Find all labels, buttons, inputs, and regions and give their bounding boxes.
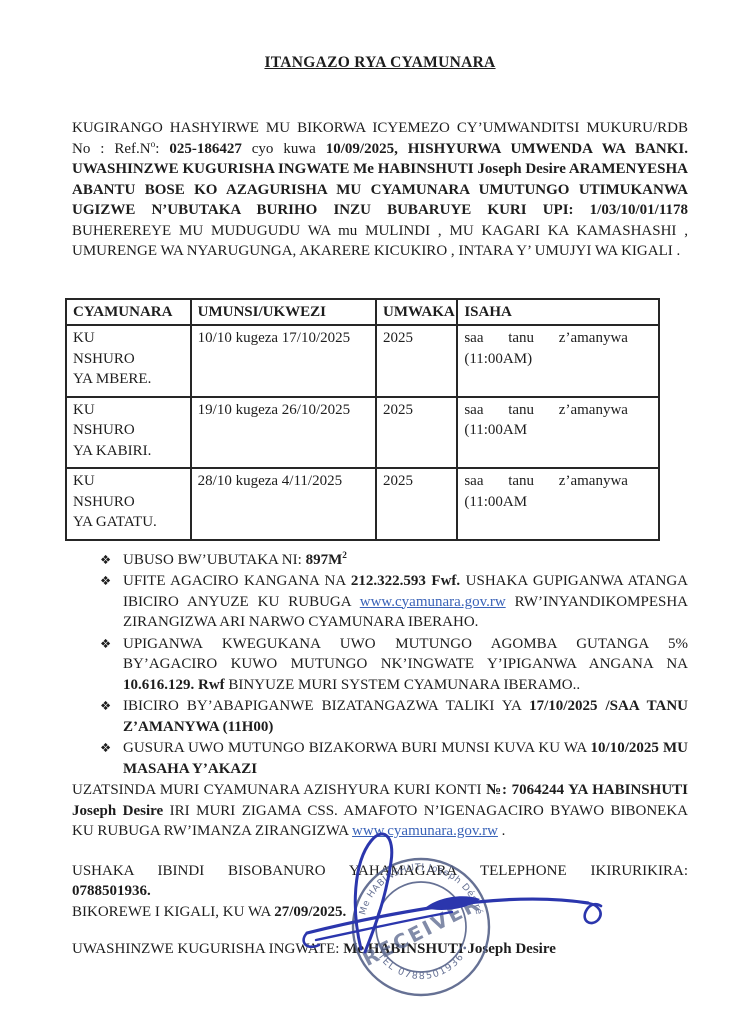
list-item-text: GUSURA UWO MUTUNGO BIZAKORWA BURI MUNSI … bbox=[123, 738, 688, 779]
list-item: ❖ GUSURA UWO MUTUNGO BIZAKORWA BURI MUNS… bbox=[100, 738, 688, 779]
text-segment: 897M bbox=[306, 552, 343, 568]
diamond-bullet-icon: ❖ bbox=[100, 634, 114, 696]
text-segment: Me HABINSHUTI Joseph Desire bbox=[343, 941, 556, 957]
conditions-list: ❖ UBUSO BW’UBUTAKA NI: 897M2 ❖ UFITE AGA… bbox=[100, 550, 688, 780]
time-line1: saa tanu z’amanywa bbox=[464, 471, 652, 492]
column-header-isaha: ISAHA bbox=[457, 299, 659, 326]
text-segment: GUSURA UWO MUTUNGO BIZAKORWA BURI MUNSI … bbox=[123, 740, 591, 756]
text-segment: BIKOREWE I KIGALI, KU WA bbox=[72, 904, 274, 920]
round-line1: KU NSHURO bbox=[73, 400, 184, 441]
contact-block: USHAKA IBINDI BISOBANURO YAHAMAGARA TELE… bbox=[72, 861, 688, 923]
text-segment: UFITE AGACIRO KANGANA NA bbox=[123, 573, 351, 589]
time-cell: saa tanu z’amanywa (11:00AM) bbox=[457, 325, 659, 397]
text-segment: 27/09/2025. bbox=[274, 904, 346, 920]
time-line1: saa tanu z’amanywa bbox=[464, 328, 652, 349]
round-line2: YA KABIRI. bbox=[73, 441, 184, 462]
cyamunara-link[interactable]: www.cyamunara.gov.rw bbox=[360, 594, 506, 610]
round-cell: KU NSHURO YA GATATU. bbox=[66, 468, 191, 540]
diamond-bullet-icon: ❖ bbox=[100, 738, 114, 779]
time-cell: saa tanu z’amanywa (11:00AM bbox=[457, 397, 659, 469]
text-segment: 10.616.129. Rwf bbox=[123, 677, 225, 693]
list-item: ❖ UBUSO BW’UBUTAKA NI: 897M2 bbox=[100, 550, 688, 571]
document-content: ITANGAZO RYA CYAMUNARA KUGIRANGO HASHYIR… bbox=[72, 54, 688, 960]
intro-paragraph: KUGIRANGO HASHYIRWE MU BIKORWA ICYEMEZO … bbox=[72, 118, 688, 262]
column-header-umunsi: UMUNSI/UKWEZI bbox=[191, 299, 376, 326]
text-segment: cyo kuwa bbox=[242, 141, 326, 157]
text-segment: . bbox=[498, 823, 506, 839]
text-segment: UPIGANWA KWEGUKANA UWO MUTUNGO AGOMBA GU… bbox=[123, 636, 688, 673]
text-segment: IBICIRO BY’ABAPIGANWE BIZATANGAZWA TALIK… bbox=[123, 698, 529, 714]
document-title: ITANGAZO RYA CYAMUNARA bbox=[72, 54, 688, 72]
payment-paragraph: UZATSINDA MURI CYAMUNARA AZISHYURA KURI … bbox=[72, 780, 688, 842]
table-row: KU NSHURO YA GATATU. 28/10 kugeza 4/11/2… bbox=[66, 468, 659, 540]
made-at-line: BIKOREWE I KIGALI, KU WA 27/09/2025. bbox=[72, 902, 688, 923]
phone-number: 0788501936. bbox=[72, 881, 688, 902]
text-segment: 025-186427 bbox=[169, 141, 242, 157]
time-cell: saa tanu z’amanywa (11:00AM bbox=[457, 468, 659, 540]
time-line1: saa tanu z’amanywa bbox=[464, 400, 652, 421]
cyamunara-link[interactable]: www.cyamunara.gov.rw bbox=[352, 823, 498, 839]
year-cell: 2025 bbox=[376, 325, 457, 397]
text-segment: BUHEREREYE MU MUDUGUDU WA mu MULINDI , M… bbox=[72, 223, 688, 260]
list-item-text: UFITE AGACIRO KANGANA NA 212.322.593 Fwf… bbox=[123, 571, 688, 633]
table-header-row: CYAMUNARA UMUNSI/UKWEZI UMWAKA ISAHA bbox=[66, 299, 659, 326]
text-segment: UWASHINZWE KUGURISHA INGWATE: bbox=[72, 941, 343, 957]
time-line2: (11:00AM bbox=[464, 420, 652, 441]
auction-schedule-table: CYAMUNARA UMUNSI/UKWEZI UMWAKA ISAHA KU … bbox=[65, 298, 660, 541]
round-line1: KU NSHURO bbox=[73, 471, 184, 512]
dates-cell: 10/10 kugeza 17/10/2025 bbox=[191, 325, 376, 397]
list-item-text: UBUSO BW’UBUTAKA NI: 897M2 bbox=[123, 550, 688, 571]
round-line2: YA GATATU. bbox=[73, 512, 184, 533]
list-item-text: IBICIRO BY’ABAPIGANWE BIZATANGAZWA TALIK… bbox=[123, 696, 688, 737]
text-segment: : bbox=[155, 141, 169, 157]
text-segment: UZATSINDA MURI CYAMUNARA AZISHYURA KURI … bbox=[72, 782, 486, 798]
list-item: ❖ IBICIRO BY’ABAPIGANWE BIZATANGAZWA TAL… bbox=[100, 696, 688, 737]
list-item: ❖ UPIGANWA KWEGUKANA UWO MUTUNGO AGOMBA … bbox=[100, 634, 688, 696]
diamond-bullet-icon: ❖ bbox=[100, 696, 114, 737]
dates-cell: 28/10 kugeza 4/11/2025 bbox=[191, 468, 376, 540]
year-cell: 2025 bbox=[376, 397, 457, 469]
table-row: KU NSHURO YA KABIRI. 19/10 kugeza 26/10/… bbox=[66, 397, 659, 469]
round-line2: YA MBERE. bbox=[73, 369, 184, 390]
diamond-bullet-icon: ❖ bbox=[100, 550, 114, 571]
text-segment: BINYUZE MURI SYSTEM CYAMUNARA IBERAMO.. bbox=[225, 677, 580, 693]
column-header-umwaka: UMWAKA bbox=[376, 299, 457, 326]
signatory-line: UWASHINZWE KUGURISHA INGWATE: Me HABINSH… bbox=[72, 939, 688, 960]
time-line2: (11:00AM) bbox=[464, 349, 652, 370]
column-header-cyamunara: CYAMUNARA bbox=[66, 299, 191, 326]
round-cell: KU NSHURO YA KABIRI. bbox=[66, 397, 191, 469]
year-cell: 2025 bbox=[376, 468, 457, 540]
round-cell: KU NSHURO YA MBERE. bbox=[66, 325, 191, 397]
dates-cell: 19/10 kugeza 26/10/2025 bbox=[191, 397, 376, 469]
list-item: ❖ UFITE AGACIRO KANGANA NA 212.322.593 F… bbox=[100, 571, 688, 633]
text-segment: 2 bbox=[342, 551, 347, 561]
text-segment: 212.322.593 Fwf. bbox=[351, 573, 460, 589]
text-segment: UBUSO BW’UBUTAKA NI: bbox=[123, 552, 306, 568]
contact-line: USHAKA IBINDI BISOBANURO YAHAMAGARA TELE… bbox=[72, 861, 688, 882]
time-line2: (11:00AM bbox=[464, 492, 652, 513]
diamond-bullet-icon: ❖ bbox=[100, 571, 114, 633]
round-line1: KU NSHURO bbox=[73, 328, 184, 369]
document-page: { "title": "ITANGAZO RYA CYAMUNARA", "in… bbox=[0, 0, 750, 1024]
table-row: KU NSHURO YA MBERE. 10/10 kugeza 17/10/2… bbox=[66, 325, 659, 397]
list-item-text: UPIGANWA KWEGUKANA UWO MUTUNGO AGOMBA GU… bbox=[123, 634, 688, 696]
